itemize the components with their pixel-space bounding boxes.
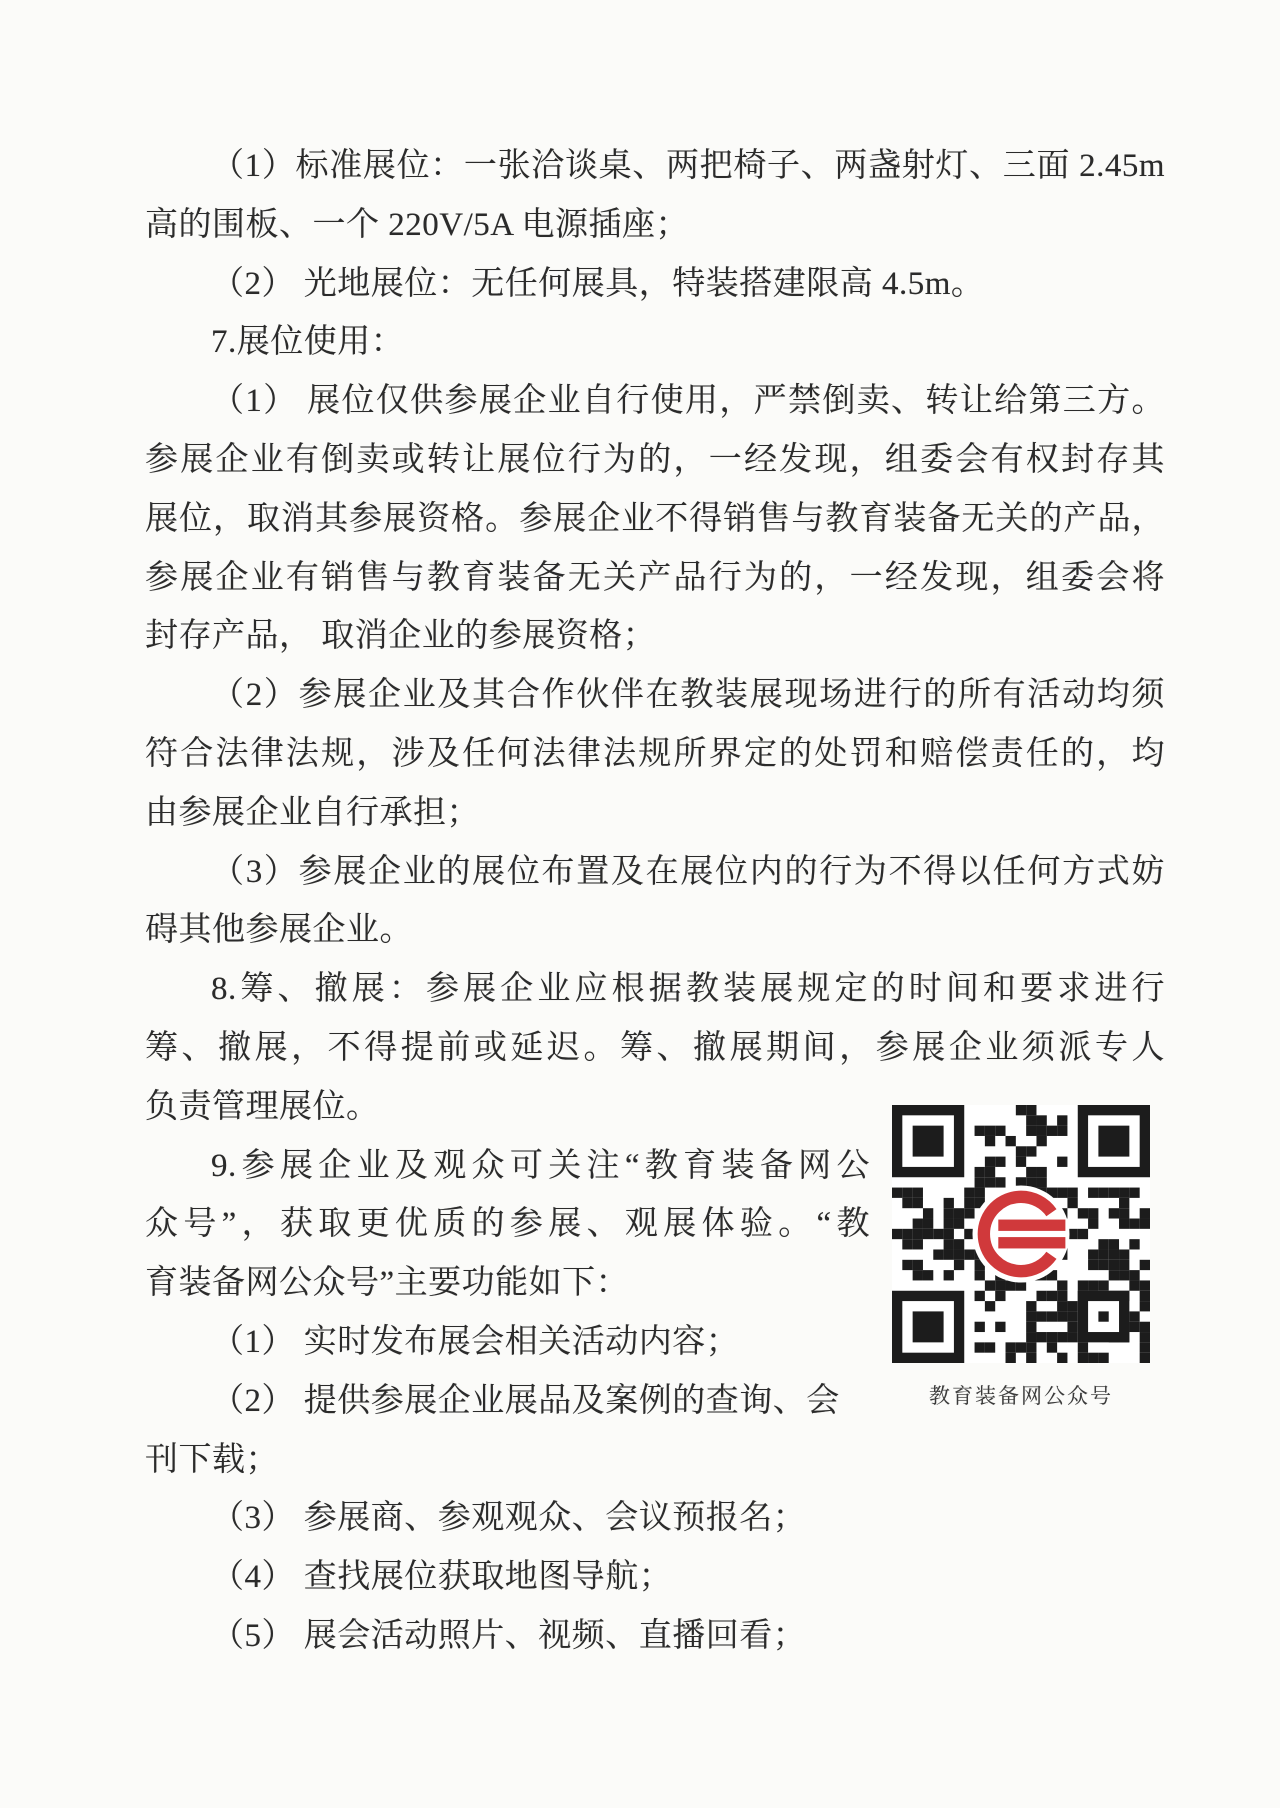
document-line: 由参展企业自行承担；	[145, 784, 1165, 843]
document-line: 参展企业有倒卖或转让展位行为的，一经发现，组委会有权封存其	[145, 431, 1165, 490]
document-line: 碍其他参展企业。	[145, 901, 1165, 960]
document-line: 符合法律法规，涉及任何法律法规所界定的处罚和赔偿责任的，均	[145, 725, 1165, 784]
document-line: （4） 查找展位获取地图导航；	[145, 1548, 1165, 1607]
document-page: （1）标准展位：一张洽谈桌、两把椅子、两盏射灯、三面 2.45m 高的围板、一个…	[0, 0, 1280, 1808]
document-line: 高的围板、一个 220V/5A 电源插座；	[145, 196, 1165, 255]
qr-code	[889, 1105, 1153, 1363]
document-line: （5） 展会活动照片、视频、直播回看；	[145, 1607, 1165, 1666]
document-line: 筹、撤展，不得提前或延迟。筹、撤展期间，参展企业须派专人	[145, 1019, 1165, 1078]
document-line: （2）参展企业及其合作伙伴在教装展现场进行的所有活动均须	[145, 666, 1165, 725]
document-line: （2） 光地展位：无任何展具，特装搭建限高 4.5m。	[145, 255, 1165, 314]
document-body: （1）标准展位：一张洽谈桌、两把椅子、两盏射灯、三面 2.45m 高的围板、一个…	[145, 137, 1165, 1666]
document-line: 众号”，获取更优质的参展、观展体验。“教	[145, 1195, 870, 1254]
document-line: （3）参展企业的展位布置及在展位内的行为不得以任何方式妨	[145, 843, 1165, 902]
document-line: 刊下载；	[145, 1431, 1165, 1490]
document-line: 展位，取消其参展资格。参展企业不得销售与教育装备无关的产品，	[145, 490, 1165, 549]
document-line: （1） 展位仅供参展企业自行使用，严禁倒卖、转让给第三方。	[145, 372, 1165, 431]
qr-caption: 教育装备网公众号	[889, 1380, 1153, 1410]
document-line: 参展企业有销售与教育装备无关产品行为的，一经发现，组委会将	[145, 549, 1165, 608]
qr-code-image	[889, 1105, 1153, 1363]
document-line: 7.展位使用：	[145, 313, 1165, 372]
document-line: （1）标准展位：一张洽谈桌、两把椅子、两盏射灯、三面 2.45m	[145, 137, 1165, 196]
document-line: 封存产品， 取消企业的参展资格；	[145, 607, 1165, 666]
document-line: （3） 参展商、参观观众、会议预报名；	[145, 1489, 1165, 1548]
document-line: 9.参展企业及观众可关注“教育装备网公	[145, 1137, 870, 1196]
document-line: 8.筹、撤展：参展企业应根据教装展规定的时间和要求进行	[145, 960, 1165, 1019]
